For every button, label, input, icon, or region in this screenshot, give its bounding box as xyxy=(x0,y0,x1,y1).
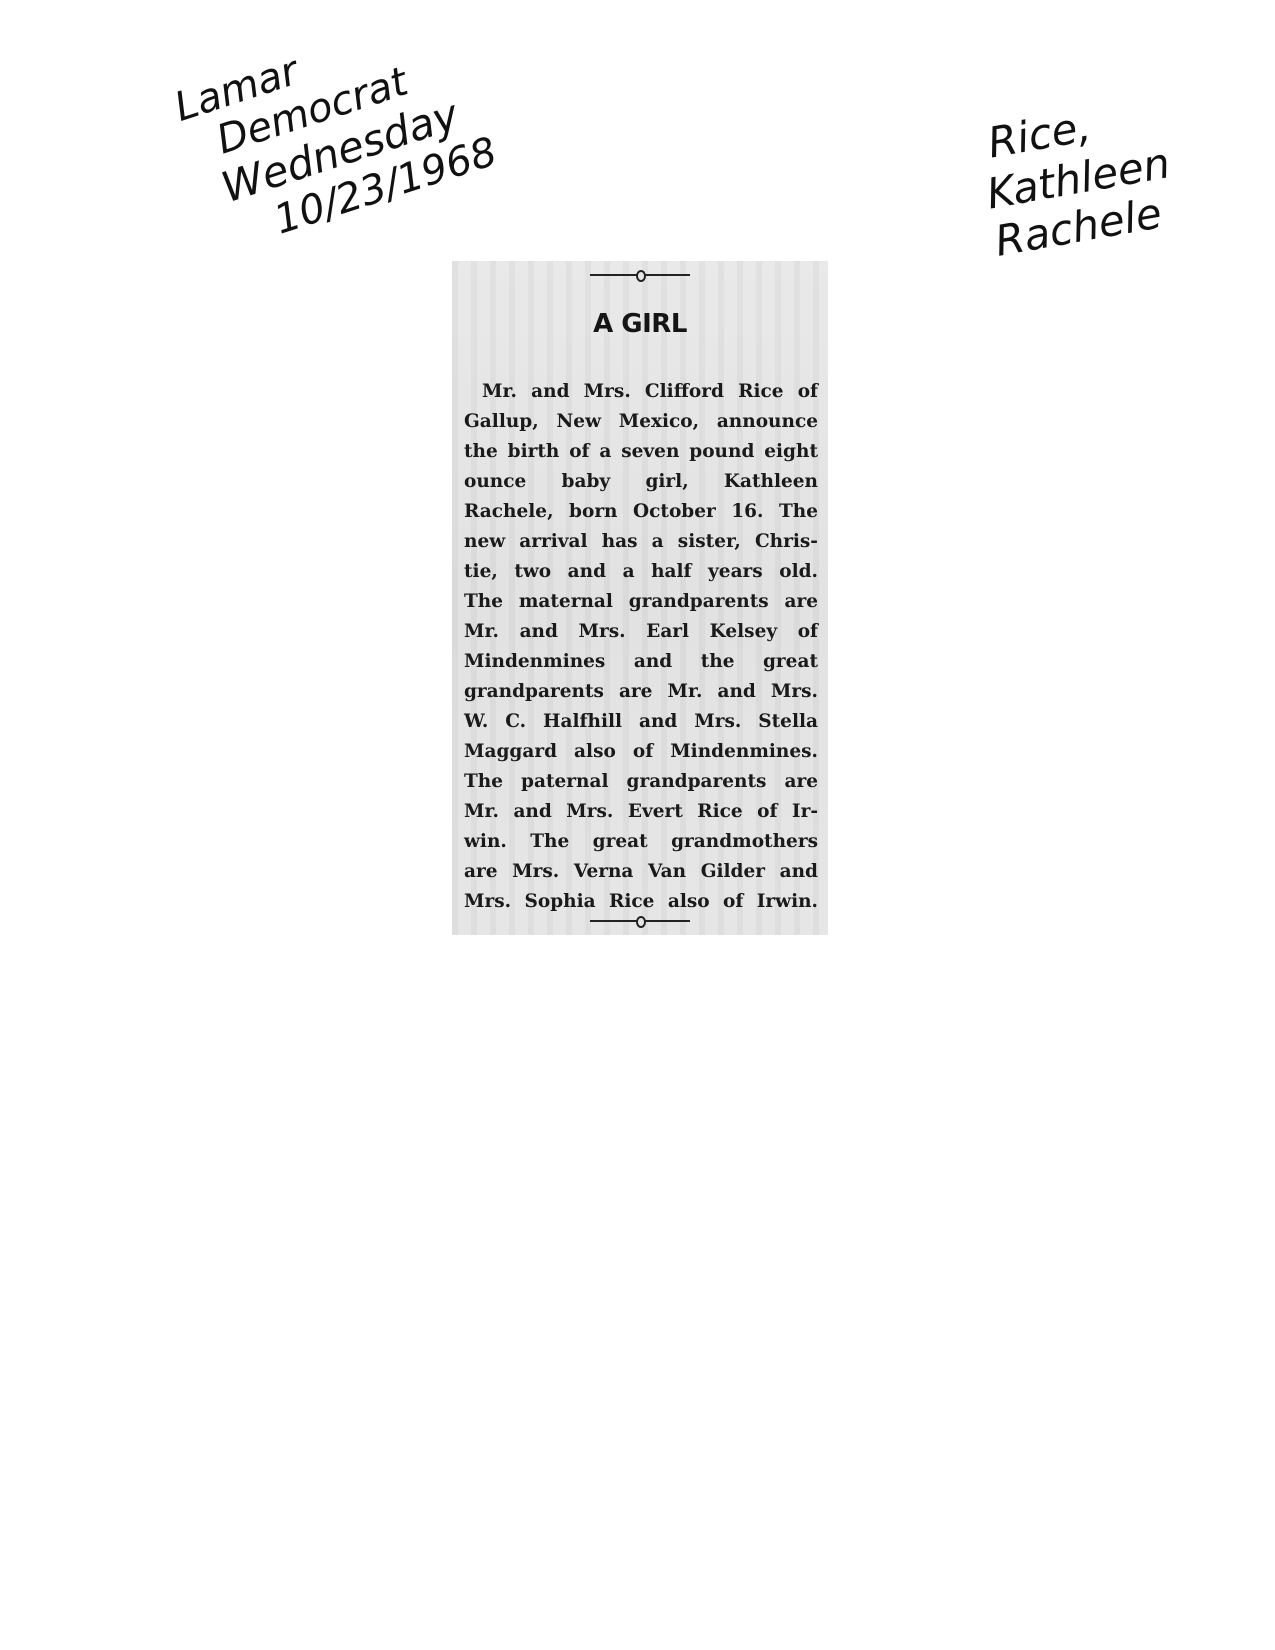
body-line: The paternal grandparents are xyxy=(464,767,818,797)
body-line: Maggard also of Mindenmines. xyxy=(464,737,818,767)
body-line: Rachele, born October 16. The xyxy=(464,497,818,527)
body-line: The maternal grandparents are xyxy=(464,587,818,617)
newspaper-clipping: A GIRL Mr. and Mrs. Clifford Rice of Gal… xyxy=(452,261,828,935)
handwritten-name-note: Rice, Kathleen Rachele xyxy=(975,93,1181,263)
body-line: Gallup, New Mexico, announce xyxy=(464,407,818,437)
body-line: Mr. and Mrs. Clifford Rice of xyxy=(464,377,818,407)
divider-ornament-icon xyxy=(590,920,690,922)
body-line: are Mrs. Verna Van Gilder and xyxy=(464,857,818,887)
body-line: Mrs. Sophia Rice also of Irwin. xyxy=(464,887,818,917)
body-line: the birth of a seven pound eight xyxy=(464,437,818,467)
clipping-headline: A GIRL xyxy=(452,309,828,339)
handwritten-source-note: Lamar Democrat Wednesday 10/23/1968 xyxy=(170,0,501,259)
body-line: new arrival has a sister, Chris- xyxy=(464,527,818,557)
body-line: Mr. and Mrs. Evert Rice of Ir- xyxy=(464,797,818,827)
divider-ornament-icon xyxy=(590,274,690,276)
body-line: grandparents are Mr. and Mrs. xyxy=(464,677,818,707)
clipping-body: Mr. and Mrs. Clifford Rice of Gallup, Ne… xyxy=(464,377,818,917)
body-line: ounce baby girl, Kathleen xyxy=(464,467,818,497)
body-line: Mr. and Mrs. Earl Kelsey of xyxy=(464,617,818,647)
body-line: win. The great grandmothers xyxy=(464,827,818,857)
body-line: W. C. Halfhill and Mrs. Stella xyxy=(464,707,818,737)
body-line: Mindenmines and the great xyxy=(464,647,818,677)
body-line: tie, two and a half years old. xyxy=(464,557,818,587)
